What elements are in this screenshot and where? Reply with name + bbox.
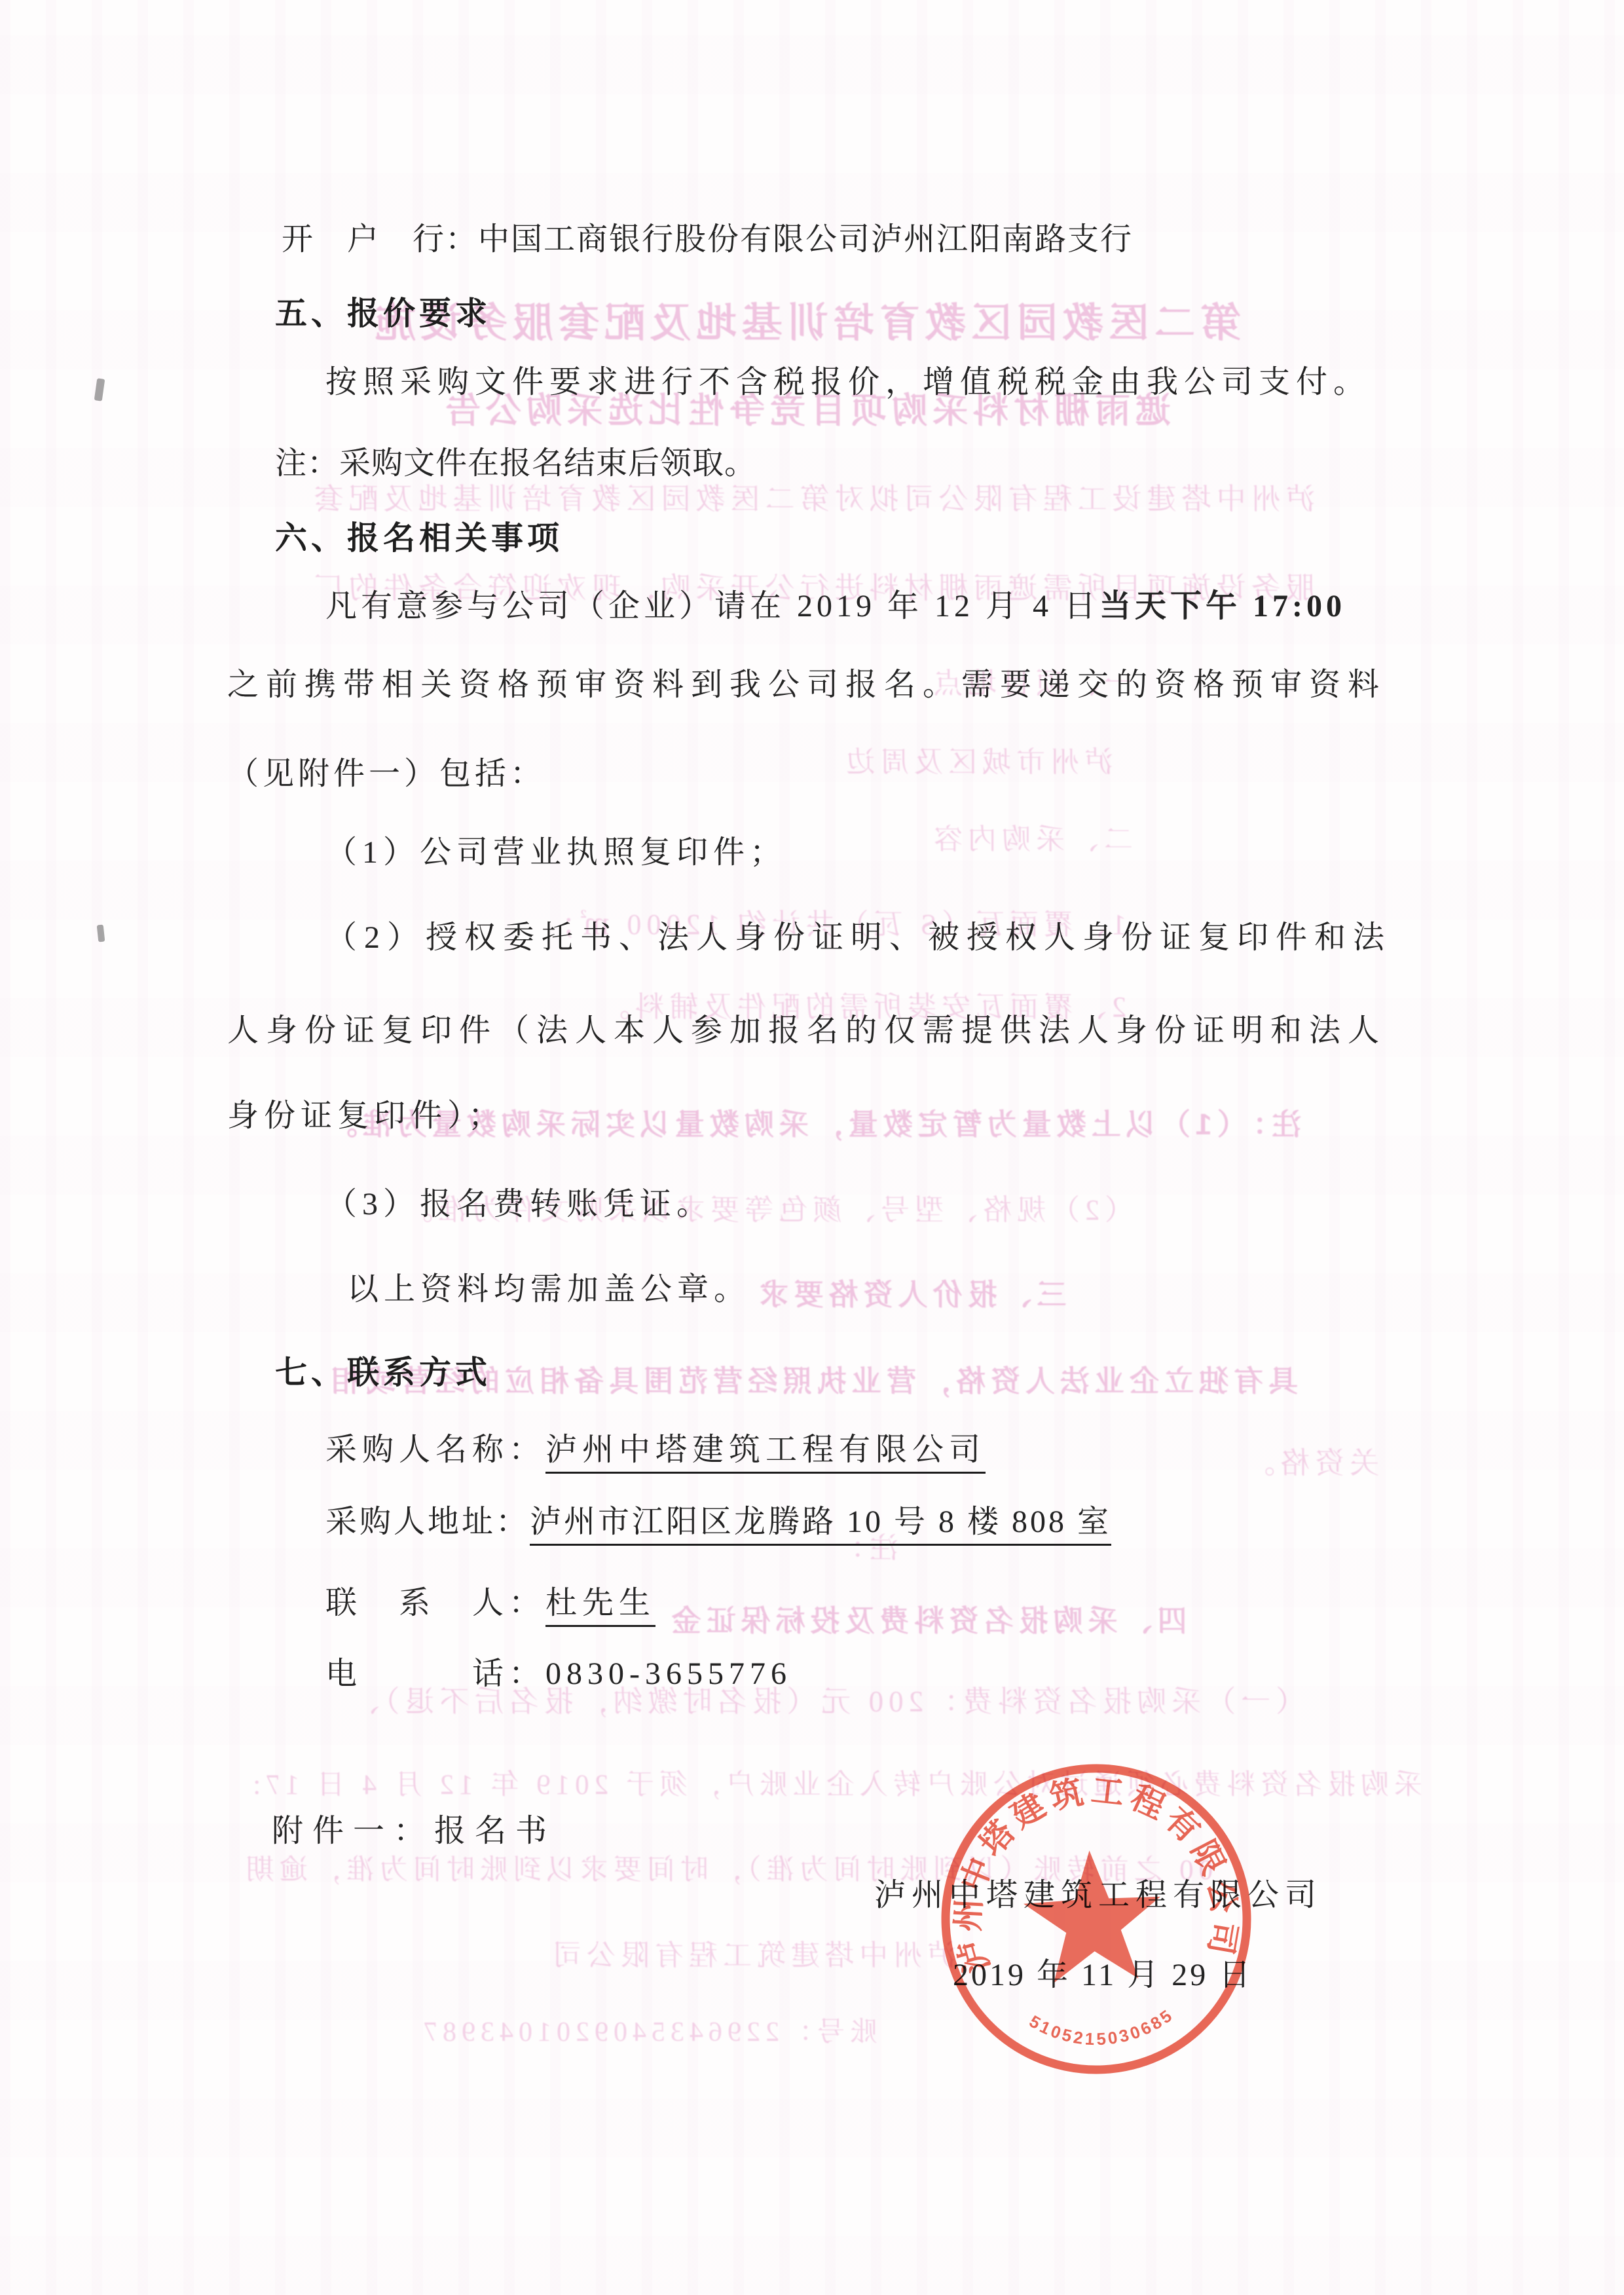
section-6-heading: 六、报名相关事项 [275, 523, 563, 555]
text-segment: 六、报名相关事项 [275, 521, 563, 556]
underlined-value: 泸州中塔建筑工程有限公司 [545, 1432, 986, 1474]
text-segment: （1）公司营业执照复印件； [325, 835, 786, 870]
registration-materials-line: 之前携带相关资格预审资料到我公司报名。需要递交的资格预审资料 [227, 669, 1386, 701]
bleed-text-line: 泸州中塔建筑工程有限公司 [655, 1940, 956, 1971]
scanned-document-page: 第二医教园区教育培训基地及配套服务设施遮雨棚材料采购项目竞争性比选采购公告泸州中… [0, 0, 1624, 2295]
text-segment: 之前携带相关资格预审资料到我公司报名。需要递交的资格预审资料 [227, 667, 1386, 702]
text-segment: 五、报价要求 [275, 296, 491, 331]
bleed-text-line: 泸州市城区及周边 [864, 747, 1113, 778]
note-document-pickup: 注：采购文件在报名结束后领取。 [275, 448, 756, 479]
bleed-text-line: 账号：2296435409201043987 [602, 2017, 877, 2047]
company-seal: 泸州中塔建筑工程有限公司 5105215030685 [924, 1747, 1268, 2091]
bank-branch-line: 开 户 行：中国工商银行股份有限公司泸州江阳南路支行 [282, 224, 1133, 255]
text-segment: 以上资料均需加盖公章。 [347, 1272, 750, 1307]
text-segment: 七、联系方式 [275, 1355, 491, 1390]
text-segment: （见附件一）包括： [227, 756, 545, 791]
bleed-text-line: 关资格。 [1231, 1447, 1388, 1480]
text-segment: 联 系 人： [325, 1586, 545, 1620]
item-2-continuation-2: 身份证复印件）； [227, 1100, 505, 1132]
text-segment: 电 话：0830-3655776 [325, 1656, 792, 1691]
underlined-value: 泸州市江阳区龙腾路 10 号 8 楼 808 室 [530, 1504, 1111, 1546]
phone-line: 电 话：0830-3655776 [325, 1658, 792, 1690]
bleed-through-layer: 第二医教园区教育培训基地及配套服务设施遮雨棚材料采购项目竞争性比选采购公告泸州中… [0, 0, 1624, 2295]
registration-deadline-line: 凡有意参与公司（企业）请在 2019 年 12 月 4 日当天下午 17:00 [325, 591, 1346, 622]
purchaser-address-line: 采购人地址：泸州市江阳区龙腾路 10 号 8 楼 808 室 [325, 1506, 1111, 1538]
section-7-heading: 七、联系方式 [275, 1357, 491, 1389]
bleed-text-line: 三、报价人资格要求 [701, 1278, 1120, 1311]
text-segment: （3）报名费转账凭证。 [325, 1187, 713, 1222]
attachment-1-line: 附件一：报名书 [272, 1816, 556, 1847]
text-segment: 注：采购文件在报名结束后领取。 [275, 446, 756, 481]
seal-requirement-line: 以上资料均需加盖公章。 [347, 1274, 750, 1305]
bleed-text-line: 泸州中塔建设工程有限公司拟对第二医教园区教育培训基地及配套 [236, 483, 1388, 516]
bleed-text-line: 采购报名资料费必须通过对公账户转入企业账户，须于 2019 年 12 月 4 日… [236, 1770, 1434, 1801]
underlined-value: 杜先生 [545, 1586, 655, 1627]
text-segment: 凡有意参与公司（企业）请在 2019 年 12 月 4 日 [325, 589, 1099, 624]
quote-requirement-text: 按照采购文件要求进行不含税报价，增值税税金由我公司支付。 [325, 367, 1371, 398]
purchaser-name-line: 采购人名称：泸州中塔建筑工程有限公司 [325, 1434, 986, 1466]
bleed-text-line: 二、采购内容 [936, 824, 1133, 855]
seal-registration-number: 5105215030685 [1025, 2004, 1179, 2052]
text-segment: 采购人名称： [325, 1432, 545, 1467]
text-segment: 当天下午 17:00 [1099, 589, 1346, 624]
item-2-continuation: 人身份证复印件（法人本人参加报名的仅需提供法人身份证明和法人 [227, 1015, 1386, 1047]
text-segment: 按照采购文件要求进行不含税报价，增值税税金由我公司支付。 [325, 365, 1371, 400]
text-segment: 开 户 行：中国工商银行股份有限公司泸州江阳南路支行 [282, 222, 1133, 257]
contact-person-line: 联 系 人：杜先生 [325, 1588, 655, 1619]
text-segment: 身份证复印件）； [227, 1098, 505, 1133]
text-segment: 附件一：报名书 [272, 1814, 556, 1848]
item-1-business-license: （1）公司营业执照复印件； [325, 837, 786, 868]
text-segment: 人身份证复印件（法人本人参加报名的仅需提供法人身份证明和法人 [227, 1013, 1386, 1048]
item-3-transfer-receipt: （3）报名费转账凭证。 [325, 1189, 713, 1220]
svg-text:5105215030685: 5105215030685 [1025, 2004, 1179, 2052]
attachment-ref-line: （见附件一）包括： [227, 758, 545, 790]
text-segment: 采购人地址： [325, 1504, 530, 1539]
star-icon [1021, 1847, 1164, 1985]
section-5-heading: 五、报价要求 [275, 298, 491, 330]
item-2-authorization: （2）授权委托书、法人身份证明、被授权人身份证复印件和法 [325, 922, 1392, 954]
text-segment: （2）授权委托书、法人身份证明、被授权人身份证复印件和法 [325, 920, 1392, 955]
